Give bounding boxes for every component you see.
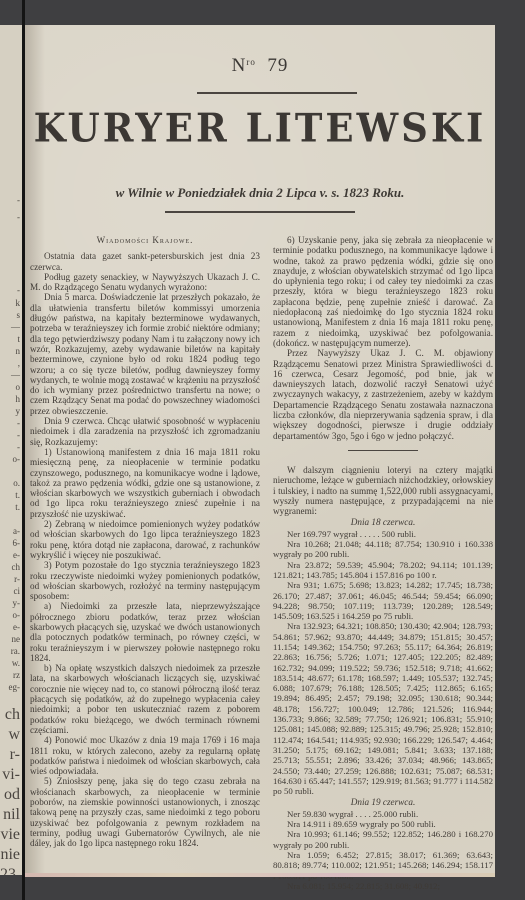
left-column: Wiadomości Krajowe. Ostatnia data gazet … (30, 235, 260, 849)
paragraph: b) Na opłatę wszystkich dalszych niedoim… (30, 663, 260, 735)
right-column: 6) Uzyskanie peny, jaka się zebrała za n… (273, 235, 493, 891)
previous-page-text-fragment: e- (13, 550, 20, 561)
lottery-intro: W dalszym ciągnieniu loteryi na cztery m… (273, 465, 493, 516)
paragraph: 5) Zniosłszy penę, jaka się do tego czas… (30, 776, 260, 848)
lottery-line: Nra 14.911 i 89.659 wygrały po 500 rubli… (273, 819, 493, 829)
section-separator (348, 450, 418, 451)
previous-page-text-fragment: vie (0, 825, 20, 844)
previous-page-text-fragment: ch (12, 562, 21, 573)
previous-page-text-fragment: r- (10, 745, 20, 764)
number-value: 79 (267, 55, 288, 76)
previous-page-text-fragment: rz (13, 670, 20, 681)
rule-divider-bottom (165, 211, 355, 213)
previous-page-text-fragment: — (11, 370, 20, 381)
masthead-title: KURYER LITEWSKI (25, 105, 495, 151)
previous-page-text-fragment: ch (5, 705, 20, 724)
previous-page-text-fragment: a- (13, 526, 20, 537)
previous-page-text-fragment: ne (12, 634, 21, 645)
dateline: w Wilnie w Poniedziałek dnia 2 Lipca v. … (25, 185, 495, 201)
paragraph: 4) Ponowić moc Ukazów z dnia 19 maja 176… (30, 735, 260, 776)
paragraph: a) Niedoimki za przeszłe lata, nieprzewy… (30, 601, 260, 663)
lottery-line: Ner 59.830 wygrał . . . . 25.000 rubli. (273, 809, 493, 819)
lottery-line: Nra 10.993; 61.146; 99.552; 122.852; 146… (273, 829, 493, 850)
previous-page-text-fragment: 23, (0, 865, 20, 875)
previous-page-text-fragment: y- (13, 598, 21, 609)
previous-page-text-fragment: — (11, 322, 20, 333)
previous-page-text-fragment: t. (15, 490, 20, 501)
lottery-line: Nra 6.081; 15.954; 22.815; 31.608; 40.91… (273, 881, 493, 891)
paragraph: Podług gazety senackiey, w Naywyższych U… (30, 272, 260, 293)
previous-page-text-fragment: - (17, 285, 20, 296)
previous-page-text-fragment: 6- (13, 538, 21, 549)
number-prefix: N (232, 55, 247, 76)
lottery-line: Nra 931; 1.675; 5.698; 13.823; 14.282; 1… (273, 580, 493, 621)
previous-page-text-fragment: h (16, 394, 21, 405)
lottery-line: Nra 132.923; 64.321; 108.850; 130.430; 4… (273, 621, 493, 796)
previous-page-text-fragment: nie (0, 845, 20, 864)
previous-page-text-fragment: e- (13, 622, 20, 633)
previous-page-text-fragment: o. (13, 478, 20, 489)
rule-divider-top (197, 92, 357, 94)
previous-page-text-fragment: o- (13, 610, 21, 621)
previous-page-text-fragment: , (18, 358, 20, 369)
previous-page-text-fragment: n (16, 346, 21, 357)
issue-number: Nro 79 (25, 55, 495, 77)
previous-page-text-fragment: - (17, 418, 20, 429)
section-heading: Wiadomości Krajowe. (30, 235, 260, 245)
previous-page-text-fragment: nil (3, 805, 20, 824)
previous-page-text-fragment: r- (14, 574, 20, 585)
number-sup: ro (246, 57, 256, 67)
paragraph: Ostatnia data gazet sankt-petersburskich… (30, 251, 260, 272)
previous-page-text-fragment: - (17, 442, 20, 453)
previous-page-text-fragment: t. (15, 502, 20, 513)
previous-page-text-fragment: w (8, 725, 20, 744)
previous-page-text-fragment: o- (13, 454, 21, 465)
page-bottom-edge (25, 873, 495, 877)
previous-page-text-fragment: k (16, 298, 21, 309)
previous-page-text-fragment: eg- (9, 682, 21, 693)
lottery-line: Nra 10.268; 21.048; 44.118; 87.754; 130.… (273, 539, 493, 560)
previous-page-text-fragment: y (16, 406, 21, 417)
previous-page-text-fragment: - (17, 195, 20, 206)
lottery-line: Nra 23.872; 59.539; 45.904; 78.202; 94.1… (273, 560, 493, 581)
paragraph: 1) Ustanowioną manifestem z dnia 16 maja… (30, 447, 260, 519)
previous-page-edge: ---ks—tn,—ohy---o-o.t.t.a-6-e-chr-ciy-o-… (0, 25, 22, 875)
previous-page-text-fragment: t (17, 334, 20, 345)
previous-page-text-fragment: - (17, 212, 20, 223)
lottery-day-heading: Dnia 18 czerwca. (273, 517, 493, 527)
previous-page-text-fragment: od (4, 785, 20, 804)
previous-page-text-fragment: vi- (2, 765, 20, 784)
previous-page-text-fragment: - (17, 430, 20, 441)
lottery-line: Ner 169.797 wygrał . . . . . 500 rubli. (273, 529, 493, 539)
paragraph: Przez Naywyższy Ukaz J. C. M. objawiony … (273, 348, 493, 441)
previous-page-text-fragment: ra. (11, 646, 20, 657)
paragraph: 6) Uzyskanie peny, jaka się zebrała za n… (273, 235, 493, 348)
previous-page-text-fragment: s (16, 310, 20, 321)
paragraph: Dnia 5 marca. Doświadczenie lat przeszły… (30, 292, 260, 416)
paragraph: 2) Zebraną w niedoimce pomienionych wyże… (30, 519, 260, 560)
newspaper-page: Nro 79 KURYER LITEWSKI w Wilnie w Ponied… (25, 25, 495, 873)
previous-page-text-fragment: w. (12, 658, 20, 669)
lottery-day-heading: Dnia 19 czerwca. (273, 797, 493, 807)
paragraph: Dnia 9 czerwca. Chcąc ułatwić sposobność… (30, 416, 260, 447)
previous-page-text-fragment: ci (14, 586, 21, 597)
previous-page-text-fragment: o (16, 382, 21, 393)
paragraph: 3) Potym pozostałe do 1go stycznia teraź… (30, 560, 260, 601)
